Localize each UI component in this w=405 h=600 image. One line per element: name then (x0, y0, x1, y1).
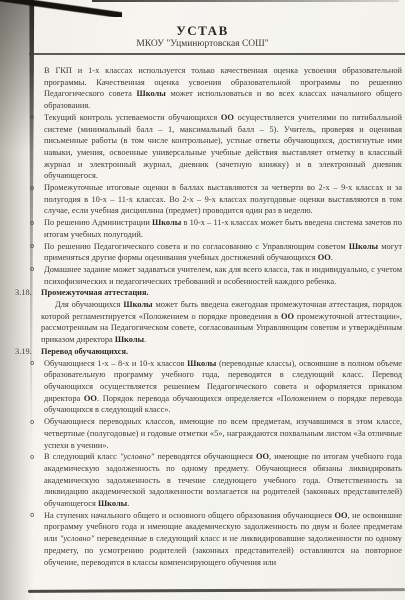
document-title: УСТАВ (0, 23, 405, 38)
section-3-18-paragraph: Для обучающихся Школы может быть введена… (41, 299, 402, 346)
bullet-marker: o (30, 417, 34, 429)
list-item-text: На ступенях начального общего и основног… (44, 511, 402, 567)
footer-rule (28, 588, 405, 593)
list-item: o Домашнее задание может задаваться учит… (15, 264, 402, 287)
document-header: УСТАВ МКОУ "Уцминюртовская СОШ" (0, 0, 405, 55)
section-heading-3-19: 3.19.Перевод обучающихся. (15, 346, 402, 358)
list-item: o Обучающиеся 1-х – 8-х и 10-х классов Ш… (15, 358, 402, 417)
bullet-marker: o (30, 241, 34, 253)
bullet-marker: o (30, 112, 34, 124)
list-item-text: Обучающиеся переводных классов, имеющие … (44, 417, 402, 449)
section-heading-3-18: 3.18.Промежуточная аттестация. (15, 287, 402, 299)
list-item-text: В следующий класс "условно" переводятся … (44, 452, 402, 508)
section-3-19-bullet-list: o Обучающиеся 1-х – 8-х и 10-х классов Ш… (15, 358, 402, 569)
list-item-text: Домашнее задание может задаваться учител… (44, 265, 402, 286)
bullet-marker: o (30, 66, 34, 78)
section-number: 3.19. (15, 346, 41, 358)
bullet-marker: o (30, 510, 34, 522)
organization-name: МКОУ "Уцминюртовская СОШ" (0, 38, 405, 50)
list-item: o Обучающиеся переводных классов, имеющи… (15, 416, 402, 451)
bullet-marker: o (30, 183, 34, 195)
section-number: 3.18. (15, 287, 41, 299)
bullet-marker: o (30, 452, 34, 464)
list-item-text: По решению Педагогического совета и по с… (44, 242, 402, 263)
list-item-text: Текущий контроль успеваемости обучающихс… (44, 113, 402, 181)
list-item: o По решению Педагогического совета и по… (15, 241, 402, 264)
list-item-text: Обучающиеся 1-х – 8-х и 10-х классов Шко… (44, 359, 402, 415)
list-item-text: Промежуточные итоговые оценки в баллах в… (44, 183, 402, 215)
document-body: o В ГКП и 1-х классах используется тольк… (0, 55, 405, 568)
section-title: Промежуточная аттестация. (41, 288, 149, 297)
document-page: УСТАВ МКОУ "Уцминюртовская СОШ" o В ГКП … (0, 0, 405, 600)
section-title: Перевод обучающихся. (41, 347, 128, 356)
header-rule (29, 53, 405, 55)
bullet-marker: o (30, 218, 34, 230)
intro-bullet-list: o В ГКП и 1-х классах используется тольк… (15, 65, 402, 287)
bullet-marker: o (30, 264, 34, 276)
bullet-marker: o (30, 358, 34, 370)
list-item: o Промежуточные итоговые оценки в баллах… (15, 182, 402, 217)
list-item: o В ГКП и 1-х классах используется тольк… (15, 65, 402, 112)
list-item-text: В ГКП и 1-х классах используется только … (44, 66, 402, 110)
list-item-text: По решению Администрации Школы в 10-х – … (44, 218, 402, 239)
list-item: o Текущий контроль успеваемости обучающи… (15, 112, 402, 182)
list-item: o На ступенях начального общего и основн… (15, 510, 402, 569)
list-item: o В следующий класс "условно" переводятс… (15, 451, 402, 510)
list-item: o По решению Администрации Школы в 10-х … (15, 217, 402, 240)
